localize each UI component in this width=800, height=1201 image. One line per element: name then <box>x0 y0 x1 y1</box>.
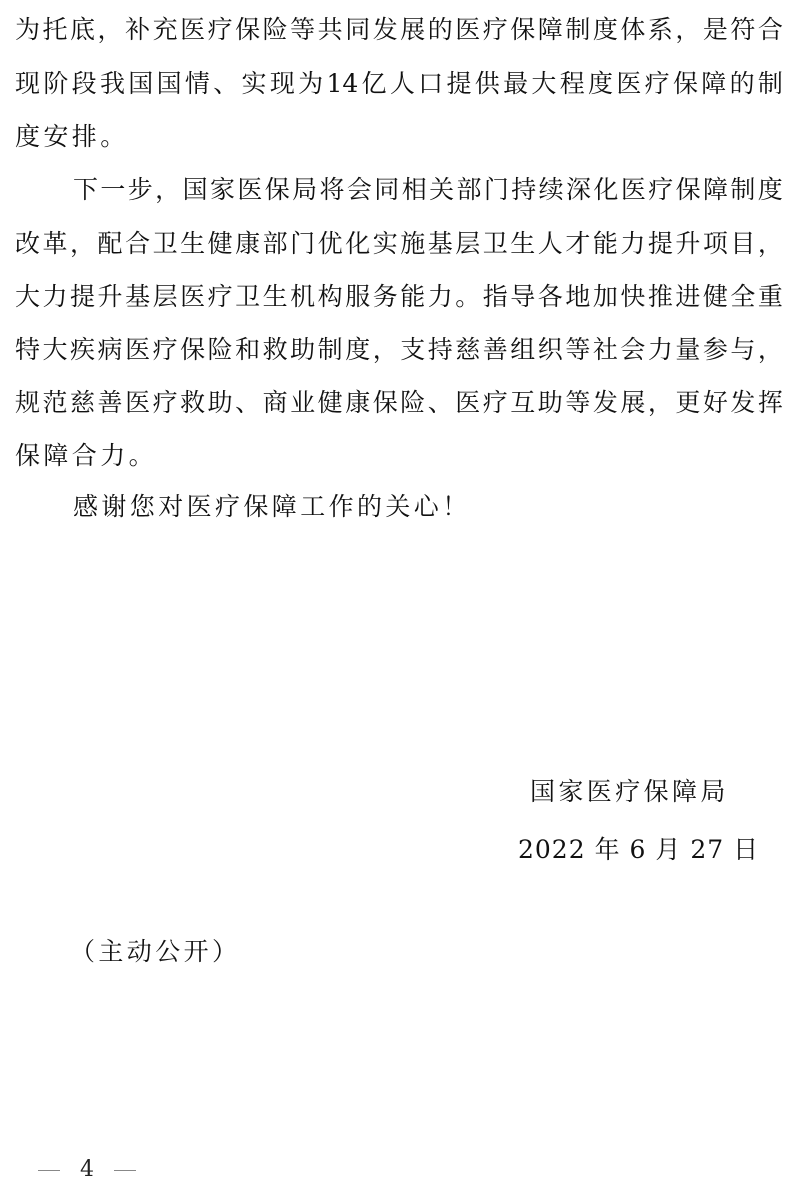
text-line: 保障合力。 <box>15 439 783 473</box>
text-line: 规范慈善医疗救助、商业健康保险、医疗互助等发展，更好发挥 <box>15 386 783 420</box>
text-line: 改革，配合卫生健康部门优化实施基层卫生人才能力提升项目， <box>15 227 783 261</box>
text-line: 大力提升基层医疗卫生机构服务能力。指导各地加快推进健全重 <box>15 280 783 314</box>
page-footer: 4 <box>38 1157 136 1183</box>
signature-date: 2022 年 6 月 27 日 <box>518 833 759 867</box>
text-line: 下一步，国家医保局将会同相关部门持续深化医疗保障制度 <box>73 173 783 207</box>
dash-right <box>114 1170 136 1171</box>
text-line: 现阶段我国国情、实现为14亿人口提供最大程度医疗保障的制 <box>15 67 783 101</box>
text-line: 特大疾病医疗保险和救助制度，支持慈善组织等社会力量参与， <box>15 333 783 367</box>
page-number: 4 <box>80 1157 94 1183</box>
text-line: 度安排。 <box>15 120 783 154</box>
disclosure-note: （主动公开） <box>70 935 240 969</box>
signature-organization: 国家医疗保障局 <box>530 775 729 809</box>
text-line: 为托底，补充医疗保险等共同发展的医疗保障制度体系，是符合 <box>15 13 783 47</box>
closing-line: 感谢您对医疗保障工作的关心！ <box>73 490 783 524</box>
dash-left <box>38 1170 60 1171</box>
